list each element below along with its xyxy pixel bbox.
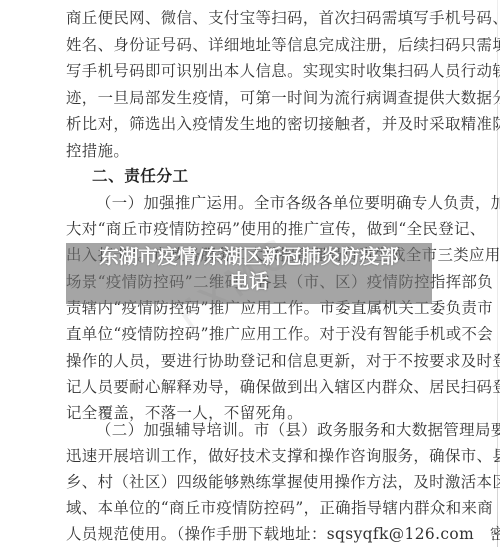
intro-line: 析比对，筛选出入疫情发生地的密切接触者，并及时采取精准防 <box>66 114 434 134</box>
overlay-title-line-2: 电话 <box>66 269 432 294</box>
subsection-1-line: （一）加强推广运用。全市各级各单位要明确专人负责，加 <box>96 193 434 213</box>
document-page: FXMC 商丘便民网、微信、支付宝等扫码，首次扫码需填写手机号码、 姓名、身份证… <box>0 0 500 547</box>
subsection-2-line: 迅速开展培训工作，做好技术支撑和操作咨询服务，确保市、县 <box>66 446 434 466</box>
intro-line: 姓名、身份证号码、详细地址等信息完成注册，后续扫码只需填 <box>66 35 434 55</box>
section-heading: 二、责任分工 <box>92 166 189 186</box>
subsection-2-line: （二）加强辅导培训。市（县）政务服务和大数据管理局要 <box>96 420 434 440</box>
subsection-1-line: 记人员要耐心解释劝导，确保做到出入辖区内群众、居民扫码登 <box>66 377 434 397</box>
subsection-1-line: 大对“商丘市疫情防控码”使用的推广宣传，做到“全民登记、 <box>66 219 434 239</box>
overlay-title-line-1: 东湖市疫情/东湖区新冠肺炎防疫部 <box>66 244 432 269</box>
subsection-2-line: 乡、村（社区）四级能够熟练掌握使用操作方法，及时激活本区 <box>66 472 434 492</box>
subsection-1-line: 操作的人员，要进行协助登记和信息更新，对于不按要求及时登 <box>66 351 434 371</box>
subsection-2-line: 人员规范使用。（操作手册下载地址：sqsyqfk@126.com 密码 <box>66 524 434 544</box>
intro-line: 商丘便民网、微信、支付宝等扫码，首次扫码需填写手机号码、 <box>66 8 434 28</box>
intro-line: 迹，一旦局部发生疫情，可第一时间为流行病调查提供大数据分 <box>66 88 434 108</box>
intro-line: 写手机号码即可识别出本人信息。实现实时收集扫码人员行动轨 <box>66 61 434 81</box>
intro-line: 控措施。 <box>66 141 434 161</box>
subsection-1-line: 直单位“疫情防控码”推广应用工作。对于没有智能手机或不会 <box>66 324 434 344</box>
subsection-2-line: 域、本单位的“商丘市疫情防控码”，正确指导辖内群众和来商 <box>66 498 434 518</box>
overlay-title: 东湖市疫情/东湖区新冠肺炎防疫部 电话 <box>66 244 432 294</box>
